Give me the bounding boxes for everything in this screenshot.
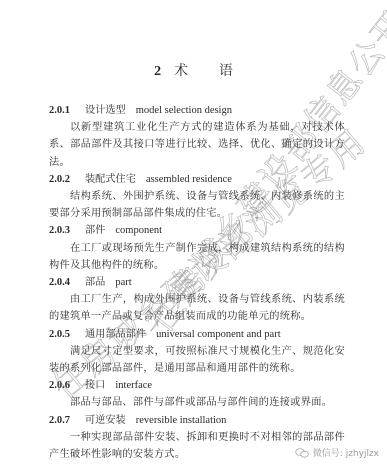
term-definition: 以新型建筑工业化生产方式的建造体系为基础，对技术体系、部品部件及其接口等进行比较… bbox=[49, 119, 345, 171]
term-number: 2.0.7 bbox=[49, 412, 85, 429]
term-chinese: 设计选型 bbox=[85, 105, 126, 116]
term-english: model selection design bbox=[136, 105, 232, 116]
term-chinese: 通用部品部件 bbox=[85, 329, 146, 340]
wechat-icon bbox=[295, 448, 309, 458]
term-number: 2.0.4 bbox=[49, 274, 85, 291]
term-number: 2.0.1 bbox=[49, 102, 85, 119]
term-2-0-4: 2.0.4部品part 由工厂生产，构成外围护系统、设备与管线系统、内装系统的建… bbox=[49, 274, 345, 326]
document-page: 2 术 语 2.0.1设计选型model selection design 以新… bbox=[0, 0, 387, 471]
term-heading: 2.0.5通用部品部件universal component and part bbox=[49, 326, 345, 343]
chapter-title: 2 术 语 bbox=[0, 60, 387, 80]
term-2-0-6: 2.0.6接口interface 部品与部品、部件与部件或部品与部件间的连接或界… bbox=[49, 377, 345, 411]
chapter-title-char-2: 语 bbox=[219, 63, 233, 79]
term-heading: 2.0.2装配式住宅assembled residence bbox=[49, 171, 345, 188]
term-heading: 2.0.6接口interface bbox=[49, 377, 345, 394]
term-english: component bbox=[115, 225, 162, 236]
term-definition: 结构系统、外围护系统、设备与管线系统、内装修系统的主要部分采用预制部品部件集成的… bbox=[49, 188, 345, 222]
term-definition: 在工厂或现场预先生产制作完成，构成建筑结构系统的结构构件及其他构件的统称。 bbox=[49, 240, 345, 274]
term-number: 2.0.3 bbox=[49, 222, 85, 239]
term-chinese: 部品 bbox=[85, 277, 105, 288]
term-definition: 部品与部品、部件与部件或部品与部件间的连接或界面。 bbox=[49, 394, 345, 411]
chapter-title-char-1: 术 bbox=[174, 63, 188, 79]
term-2-0-1: 2.0.1设计选型model selection design 以新型建筑工业化… bbox=[49, 102, 345, 171]
term-chinese: 可逆安装 bbox=[85, 415, 126, 426]
term-2-0-2: 2.0.2装配式住宅assembled residence 结构系统、外围护系统… bbox=[49, 171, 345, 223]
term-chinese: 装配式住宅 bbox=[85, 174, 136, 185]
term-english: reversible installation bbox=[136, 415, 227, 426]
term-definition: 由工厂生产，构成外围护系统、设备与管线系统、内装系统的建筑单一产品或复合产品组装… bbox=[49, 291, 345, 325]
wechat-footer: 微信号: jzhyjlzx bbox=[295, 446, 379, 459]
term-heading: 2.0.3部件component bbox=[49, 222, 345, 239]
term-english: universal component and part bbox=[156, 329, 281, 340]
term-number: 2.0.5 bbox=[49, 326, 85, 343]
term-2-0-5: 2.0.5通用部品部件universal component and part … bbox=[49, 326, 345, 378]
term-heading: 2.0.7可逆安装reversible installation bbox=[49, 412, 345, 429]
term-heading: 2.0.4部品part bbox=[49, 274, 345, 291]
term-chinese: 接口 bbox=[85, 380, 105, 391]
term-english: part bbox=[115, 277, 131, 288]
term-2-0-3: 2.0.3部件component 在工厂或现场预先生产制作完成，构成建筑结构系统… bbox=[49, 222, 345, 274]
term-english: assembled residence bbox=[146, 174, 232, 185]
term-chinese: 部件 bbox=[85, 225, 105, 236]
term-number: 2.0.6 bbox=[49, 377, 85, 394]
term-heading: 2.0.1设计选型model selection design bbox=[49, 102, 345, 119]
term-number: 2.0.2 bbox=[49, 171, 85, 188]
terms-list: 2.0.1设计选型model selection design 以新型建筑工业化… bbox=[49, 102, 345, 463]
term-english: interface bbox=[115, 380, 152, 391]
chapter-number: 2 bbox=[154, 64, 161, 79]
wechat-id-label: 微信号: jzhyjlzx bbox=[313, 446, 379, 459]
term-definition: 满足尺寸定型要求，可按照标准尺寸规模化生产、规范化安装的系列化部品部件，是通用部… bbox=[49, 343, 345, 377]
